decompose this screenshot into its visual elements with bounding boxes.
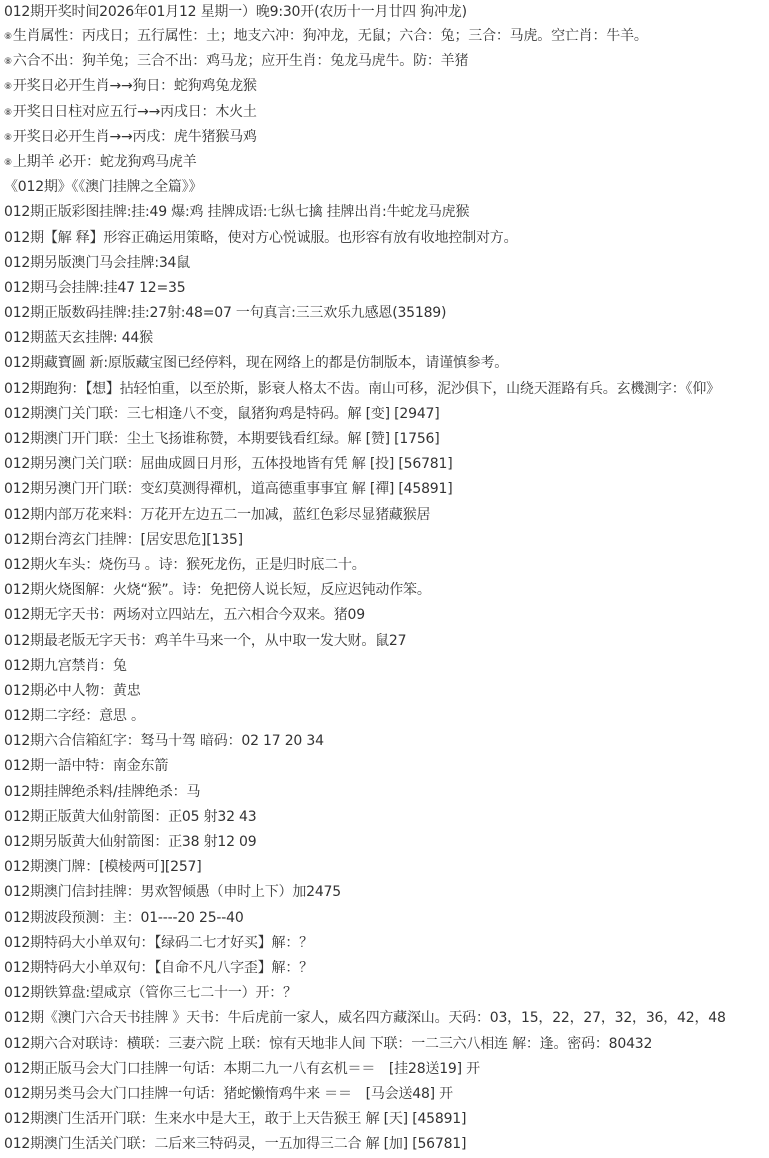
text-line: 012期另澳门关门联：屈曲成圆日月形，五体投地皆有凭 解 [投] [56781] xyxy=(4,452,769,477)
text-line: 012期波段预测：主：01----20 25--40 xyxy=(4,906,769,931)
text-line: 012期另类马会大门口挂牌一句话：猪蛇懒惰鸡牛来 ＝＝ [马会送48] 开 xyxy=(4,1082,769,1107)
text-line: 012期澳门关门联：三七相逢八不变，鼠猪狗鸡是特码。解 [变] [2947] xyxy=(4,402,769,427)
text-line: 012期一語中特：南金东箭 xyxy=(4,754,769,779)
text-line: 012期跑狗：【想】拈轻怕重，以至於斯，影衰人格太不齿。南山可移，泥沙俱下，山绕… xyxy=(4,377,769,402)
text-line: 012期火车头：烧伤马 。诗：猴死龙伤，正是归时底二十。 xyxy=(4,553,769,578)
text-line: 012期澳门生活开门联：生来水中是大王，敢于上天告猴王 解 [天] [45891… xyxy=(4,1107,769,1132)
text-line: 012期《澳门六合天书挂牌 》天书：牛后虎前一家人，威名四方藏深山。天码：03，… xyxy=(4,1006,769,1031)
circled-bullet-icon: ⑧ xyxy=(4,32,12,42)
circled-bullet-icon: ⑧ xyxy=(4,158,12,168)
text-line: 012期特码大小单双句：【自命不凡八字歪】解：？ xyxy=(4,956,769,981)
bullet-line-last-period: ⑧上期羊 必开：蛇龙狗鸡马虎羊 xyxy=(4,150,769,175)
circled-bullet-icon: ⑧ xyxy=(4,57,12,67)
bullet-line-five-elements: ⑧开奖日日柱对应五行→→丙戌日：木火土 xyxy=(4,100,769,125)
prediction-document: 012期开奖时间2026年01月12 星期一）晚9:30开(农历十一月廿四 狗冲… xyxy=(0,0,769,1157)
circled-bullet-icon: ⑧ xyxy=(4,82,12,92)
text-line: 012期火烧图解：火烧“猴”。诗：免把傍人说长短，反应迟钝动作笨。 xyxy=(4,578,769,603)
circled-bullet-icon: ⑧ xyxy=(4,133,12,143)
text-line: 012期澳门牌：[模棱两可][257] xyxy=(4,855,769,880)
text-line: 012期九宫禁肖：兔 xyxy=(4,654,769,679)
text-line: 012期另澳门开门联：变幻莫测得禪机，道高德重事事宜 解 [禪] [45891] xyxy=(4,477,769,502)
text-line: 012期正版黄大仙射箭图：正05 射32 43 xyxy=(4,805,769,830)
text-line: 012期最老版无字天书：鸡羊牛马来一个，从中取一发大财。鼠27 xyxy=(4,629,769,654)
draw-time-header: 012期开奖时间2026年01月12 星期一）晚9:30开(农历十一月廿四 狗冲… xyxy=(4,0,769,24)
text-line: 012期台湾玄门挂牌：[居安思危][135] xyxy=(4,528,769,553)
text-line: 012期正版彩图挂牌:挂:49 爆:鸡 挂牌成语:七纵七擒 挂牌出肖:牛蛇龙马虎… xyxy=(4,200,769,225)
text-line: 012期澳门信封挂牌：男欢智倾愚（申时上下）加2475 xyxy=(4,880,769,905)
section-title: 《012期》《《澳门挂牌之全篇》》 xyxy=(4,175,769,200)
bullet-line-liuhe-exclusions: ⑧六合不出：狗羊兔；三合不出：鸡马龙；应开生肖：兔龙马虎牛。防：羊猪 xyxy=(4,49,769,74)
text-line: 012期另版黄大仙射箭图：正38 射12 09 xyxy=(4,830,769,855)
bullet-line-zodiac-attributes: ⑧生肖属性：丙戌日；五行属性：土；地支六冲：狗冲龙，无鼠；六合：兔；三合：马虎。… xyxy=(4,24,769,49)
text-line: 012期【解 释】形容正确运用策略，使对方心悦诚服。也形容有放有收地控制对方。 xyxy=(4,226,769,251)
text-line: 012期必中人物：黄忠 xyxy=(4,679,769,704)
text-line: 012期另版澳门马会挂牌:34鼠 xyxy=(4,251,769,276)
text-line: 012期挂牌绝杀料/挂牌绝杀：马 xyxy=(4,780,769,805)
text-line: 012期澳门开门联：尘土飞扬谁称赞，本期要钱看红绿。解 [赞] [1756] xyxy=(4,427,769,452)
bullet-line-bingxu: ⑧开奖日必开生肖→→丙戌：虎牛猪猴马鸡 xyxy=(4,125,769,150)
circled-bullet-icon: ⑧ xyxy=(4,108,12,118)
text-line: 012期二字经：意思 。 xyxy=(4,704,769,729)
text-line: 012期正版马会大门口挂牌一句话：本期二九一八有玄机＝＝ [挂28送19] 开 xyxy=(4,1057,769,1082)
text-line: 012期藏寶圖 新:原版藏宝图已经停料，现在网络上的都是仿制版本，请谨慎参考。 xyxy=(4,351,769,376)
text-line: 012期蓝天玄挂牌: 44猴 xyxy=(4,326,769,351)
text-line: 012期正版数码挂牌:挂:27射:48=07 一句真言:三三欢乐九感恩(3518… xyxy=(4,301,769,326)
text-line: 012期无字天书：两场对立四站左，五六相合今双来。猪09 xyxy=(4,603,769,628)
text-line: 012期马会挂牌:挂47 12=35 xyxy=(4,276,769,301)
text-line: 012期六合对联诗：横联：三妻六院 上联：惊有天地非人间 下联：一二三六八相连 … xyxy=(4,1032,769,1057)
text-line: 012期内部万花来料：万花开左边五二一加减，蓝红色彩尽显猪藏猴居 xyxy=(4,503,769,528)
text-line: 012期铁算盘:望咸京（管你三七二十一）开：？ xyxy=(4,981,769,1006)
text-line: 012期特码大小单双句：【绿码二七才好买】解：？ xyxy=(4,931,769,956)
text-line: 012期澳门生活关门联：二后来三特码灵，一五加得三二合 解 [加] [56781… xyxy=(4,1132,769,1157)
text-line: 012期六合信箱紅字：驽马十驾 暗码：02 17 20 34 xyxy=(4,729,769,754)
bullet-line-dog-day: ⑧开奖日必开生肖→→狗日：蛇狗鸡兔龙猴 xyxy=(4,74,769,99)
